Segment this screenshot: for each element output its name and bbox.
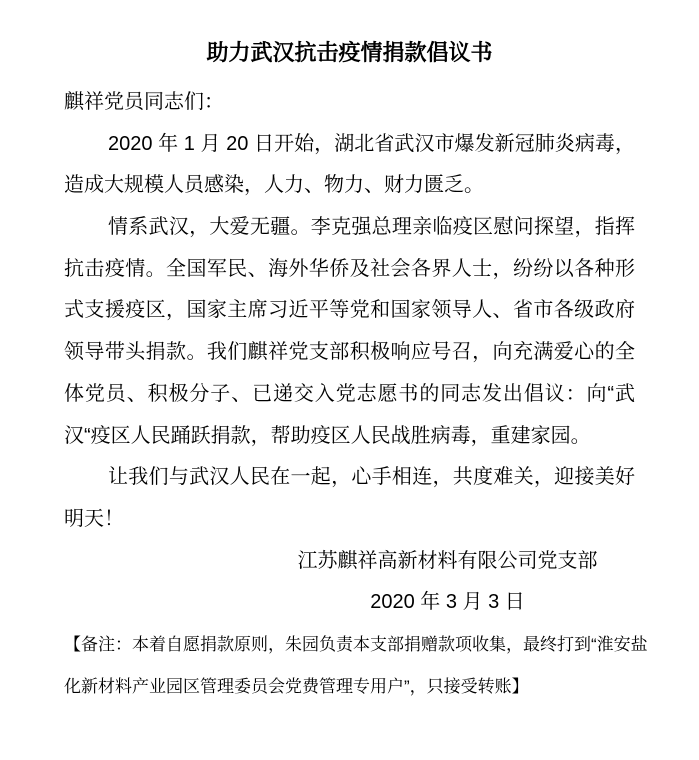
document-body: 麒祥党员同志们： 2020 年 1 月 20 日开始，湖北省武汉市爆发新冠肺炎病…: [64, 82, 635, 707]
body-line: 2020 年 1 月 20 日开始，湖北省武汉市爆发新冠肺炎病毒，: [64, 124, 635, 166]
body-line: 情系武汉，大爱无疆。李克强总理亲临疫区慰问探望，指挥: [64, 207, 635, 249]
body-line: 领导带头捐款。我们麒祥党支部积极响应号召，向充满爱心的全: [64, 332, 635, 374]
body-line: 造成大规模人员感染，人力、物力、财力匮乏。: [64, 165, 635, 207]
body-line: 抗击疫情。全国军民、海外华侨及社会各界人士，纷纷以各种形: [64, 249, 635, 291]
note-line: 化新材料产业园区管理委员会党费管理专用户”，只接受转账】: [64, 666, 635, 708]
body-line: 体党员、积极分子、已递交入党志愿书的同志发出倡议：向“武: [64, 374, 635, 416]
salutation-line: 麒祥党员同志们：: [64, 82, 635, 124]
body-line: 式支援疫区，国家主席习近平等党和国家领导人、省市各级政府: [64, 290, 635, 332]
signature-line: 江苏麒祥高新材料有限公司党支部: [64, 541, 635, 583]
body-line: 让我们与武汉人民在一起，心手相连，共度难关，迎接美好: [64, 457, 635, 499]
body-line: 明天！: [64, 499, 635, 541]
date-line: 2020 年 3 月 3 日: [64, 582, 635, 624]
document-title: 助力武汉抗击疫情捐款倡议书: [64, 40, 635, 66]
note-line: 【备注：本着自愿捐款原则，朱园负责本支部捐赠款项收集，最终打到“淮安盐: [64, 624, 635, 666]
document-page: 助力武汉抗击疫情捐款倡议书 麒祥党员同志们： 2020 年 1 月 20 日开始…: [0, 0, 699, 760]
body-line: 汉“疫区人民踊跃捐款，帮助疫区人民战胜病毒，重建家园。: [64, 416, 635, 458]
